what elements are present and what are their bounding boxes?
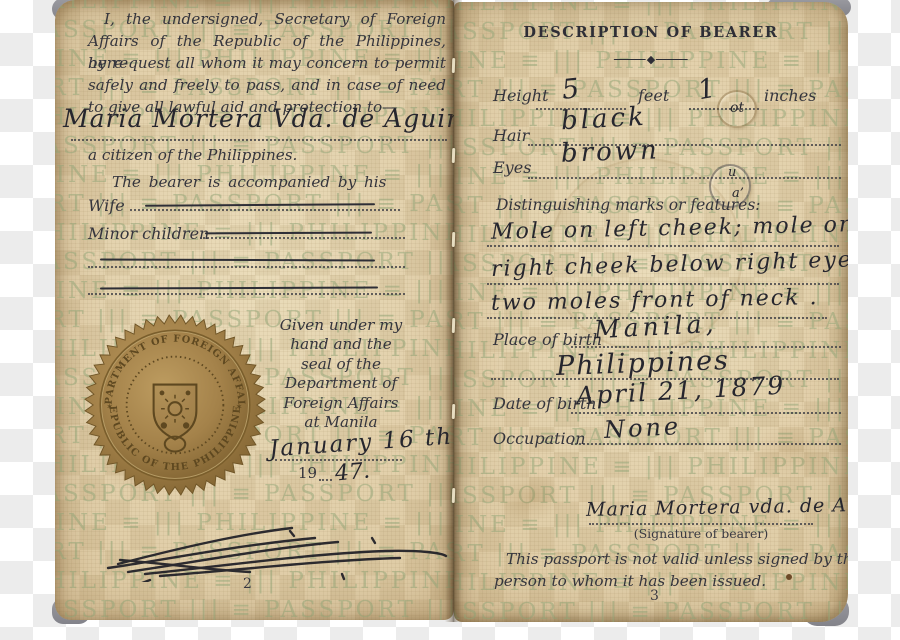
height-feet-handwriting: 5 bbox=[560, 73, 580, 106]
title-divider: ◆ bbox=[614, 54, 688, 65]
binding-crease bbox=[445, 0, 462, 622]
accompanied-line: The bearer is accompanied by his bbox=[112, 171, 386, 193]
diamond-divider-icon: ◆ bbox=[646, 54, 656, 65]
canvas: { "colors": { "paper": "#ddc9a1", "water… bbox=[0, 0, 900, 640]
wife-label: Wife bbox=[88, 196, 125, 215]
given-line: Foreign Affairs bbox=[261, 394, 421, 413]
watermark-text: PHILIPPINE ≡ ||| PHILIPPINE ≡ ||| PHILIP… bbox=[55, 280, 454, 303]
stamp-letters-2-top: u bbox=[728, 165, 736, 180]
given-line: hand and the bbox=[261, 335, 421, 354]
validity-note-line-1: This passport is not valid unless signed… bbox=[506, 548, 844, 570]
binding-stitch bbox=[452, 58, 456, 73]
right-page: PHILIPPINE ≡ ||| PHILIPPINE ≡ ||| PHILIP… bbox=[454, 2, 848, 622]
occupation-handwriting: None bbox=[603, 412, 681, 444]
wife-dotted-line bbox=[130, 209, 400, 211]
bearer-name-handwriting: Maria Mortera Vda. de Aguirre bbox=[63, 104, 447, 133]
bearer-signature-handwriting: Maria Mortera vda. de Aguirre bbox=[586, 493, 848, 521]
blank-dotted-line bbox=[88, 293, 405, 295]
page-number-right: 3 bbox=[650, 588, 659, 604]
intro-line: by request all whom it may concern to pe… bbox=[88, 52, 446, 74]
watermark-text: PHILIPPINE ≡ ||| PHILIPPINE ≡ ||| PHILIP… bbox=[454, 456, 848, 479]
intro-line: I, the undersigned, Secretary of Foreign bbox=[88, 8, 446, 30]
marks-label: Distinguishing marks or features: bbox=[496, 196, 761, 214]
stamp-letters-1: ot bbox=[730, 100, 744, 116]
foreign-affairs-seal: ·DEPARTMENT OF FOREIGN AFFAIRS· REPUBLIC… bbox=[82, 312, 268, 498]
description-title: DESCRIPTION OF BEARER bbox=[454, 24, 848, 41]
signature-caption: (Signature of bearer) bbox=[589, 526, 813, 541]
binding-stitch bbox=[452, 232, 456, 247]
eyes-label: Eyes bbox=[493, 158, 531, 177]
inches-label: inches bbox=[764, 86, 816, 105]
divider-line-right bbox=[656, 59, 688, 61]
citizen-line: a citizen of the Philippines. bbox=[88, 144, 297, 166]
given-line: Given under my bbox=[261, 316, 421, 335]
watermark-text: PASSPORT ||| ≡ PASSPORT ||| ≡ PASSPORT |… bbox=[454, 601, 848, 622]
eyes-value-handwriting: brown bbox=[561, 135, 661, 168]
height-label: Height bbox=[493, 86, 549, 105]
signature-dotted-line bbox=[589, 523, 813, 525]
watermark-text: PASSPORT ||| ≡ PASSPORT ||| ≡ PASSPORT |… bbox=[55, 599, 454, 620]
year-dots bbox=[319, 479, 332, 481]
validity-note-line-2: person to whom it has been issued. bbox=[494, 570, 766, 592]
binding-stitch bbox=[452, 318, 456, 333]
marks-dotted-1 bbox=[487, 245, 839, 247]
left-page: PHILIPPINE ≡ ||| PHILIPPINE ≡ ||| PHILIP… bbox=[55, 0, 454, 620]
blank-dotted-line bbox=[88, 266, 405, 268]
minor-dotted-line bbox=[200, 237, 405, 239]
occupation-dotted-line bbox=[571, 443, 841, 445]
seal-star-right: ✶ bbox=[235, 402, 242, 412]
watermark-text: PASSPORT ||| ≡ PASSPORT ||| ≡ PASSPORT |… bbox=[55, 251, 454, 274]
scribble-signature bbox=[90, 516, 454, 582]
date-dotted-line bbox=[571, 412, 841, 414]
binding-stitch bbox=[452, 488, 456, 503]
eyes-dotted-line bbox=[528, 177, 841, 179]
year-handwriting: 47. bbox=[334, 459, 371, 487]
hair-label: Hair bbox=[493, 126, 529, 145]
intro-line: safely and freely to pass, and in case o… bbox=[88, 74, 446, 96]
occupation-label: Occupation bbox=[493, 429, 586, 448]
binding-stitch bbox=[452, 404, 456, 419]
minor-children-label: Minor children bbox=[88, 224, 209, 243]
watermark-text: PHILIPPINE ≡ ||| PHILIPPINE ≡ ||| PHILIP… bbox=[454, 2, 848, 15]
binding-stitch bbox=[452, 148, 456, 163]
name-underline bbox=[71, 139, 447, 141]
passport-spread: PHILIPPINE ≡ ||| PHILIPPINE ≡ ||| PHILIP… bbox=[55, 0, 848, 628]
given-line: Department of bbox=[261, 374, 421, 393]
hair-value-handwriting: black bbox=[560, 102, 647, 136]
given-block: Given under my hand and the seal of the … bbox=[261, 316, 421, 432]
given-line: seal of the bbox=[261, 355, 421, 374]
divider-line-left bbox=[614, 59, 646, 61]
year-prefix: 19 bbox=[298, 464, 317, 482]
seal-star-left: ✶ bbox=[106, 402, 113, 412]
page-number-left: 2 bbox=[243, 576, 252, 592]
